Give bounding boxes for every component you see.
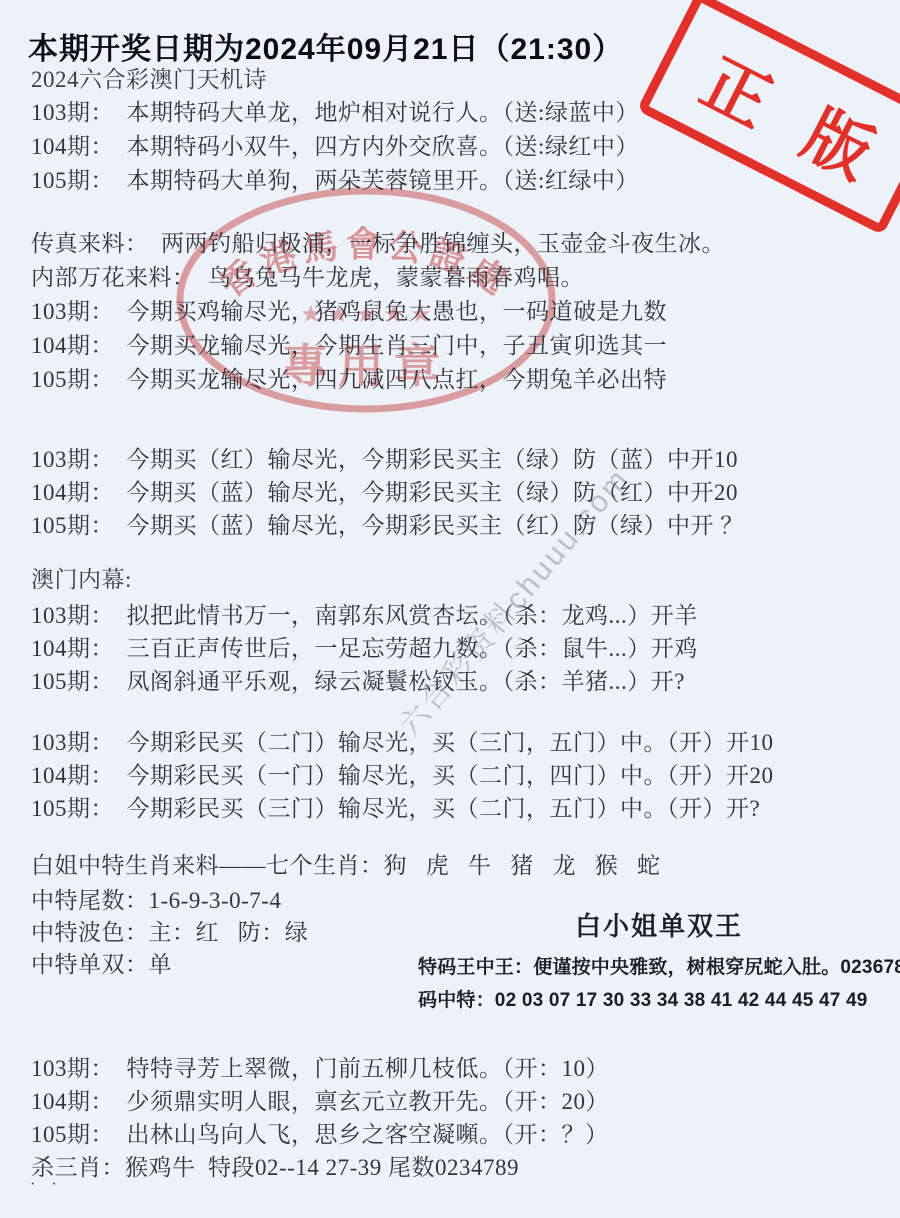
tianjishi-heading: 2024六合彩澳门天机诗 bbox=[31, 66, 267, 94]
zhengban-stamp: 正版 bbox=[637, 0, 900, 235]
secai-line-104: 104期： 今期买（蓝）输尽光，今期彩民买主（绿）防（红）中开20 bbox=[31, 479, 738, 507]
laoliao-line-104: 104期： 今期买龙输尽光，今期生肖三门中，子丑寅卯选其一 bbox=[31, 332, 667, 360]
tema-wangzhongwang-line: 特码王中王：便谨按中央雅致，树根穿尻蛇入肚。0236789 bbox=[418, 952, 900, 979]
laoliao-line-103: 103期： 今期买鸡输尽光，猪鸡鼠兔大愚也，一码道破是九数 bbox=[31, 298, 667, 326]
secai-line-103: 103期： 今期买（红）输尽光，今期彩民买主（绿）防（蓝）中开10 bbox=[31, 446, 738, 474]
tianjishi-line-103: 103期： 本期特码大单龙，地炉相对说行人。（送:绿蓝中） bbox=[31, 99, 639, 127]
neimu-line-105: 105期： 凤阁斜通平乐观，绿云凝鬟松钗玉。（杀：羊猪...）开? bbox=[31, 668, 685, 696]
footer-dots: · · bbox=[30, 1176, 63, 1194]
men-line-103: 103期： 今期彩民买（二门）输尽光，买（三门，五门）中。（开）开10 bbox=[31, 729, 774, 757]
baixiaojie-block: 白小姐单双王 特码王中王：便谨按中央雅致，树根穿尻蛇入肚。0236789 码中特… bbox=[418, 906, 900, 1012]
baixiaojie-heading: 白小姐单双王 bbox=[418, 906, 900, 943]
sha-sanxiao-line: 杀三肖：猴鸡牛 特段02--14 27-39 尾数0234789 bbox=[31, 1154, 519, 1182]
page-title: 本期开奖日期为2024年09月21日（21:30） bbox=[28, 24, 623, 68]
baijie-zodiac-line: 白姐中特生肖来料——七个生肖：狗 虎 牛 猪 龙 猴 蛇 bbox=[31, 852, 661, 880]
neimu-line-103: 103期： 拟把此情书万一，南郭东风赏杏坛。（杀：龙鸡...）开羊 bbox=[31, 602, 698, 630]
bottom-line-103: 103期： 特特寻芳上翠微，门前五柳几枝低。（开：10） bbox=[31, 1055, 609, 1083]
neibu-wanhua-line: 内部万花来料： 鸟乌兔马牛龙虎，蒙蒙暮雨春鸡唱。 bbox=[31, 264, 584, 292]
zhengban-stamp-label: 正版 bbox=[645, 8, 900, 218]
chuanzhen-line: 传真来料： 两两钓船归极浦，一标争胜锦缠头，玉壶金斗夜生冰。 bbox=[31, 230, 725, 258]
secai-line-105: 105期： 今期买（蓝）输尽光，今期彩民买主（红）防（绿）中开 ？ bbox=[31, 512, 744, 540]
laoliao-line-105: 105期： 今期买龙输尽光，四九减四八点扛，今期兔羊必出特 bbox=[31, 366, 667, 394]
baijie-bose-line: 中特波色：主：红 防：绿 bbox=[31, 919, 308, 947]
baijie-weishu-line: 中特尾数：1-6-9-3-0-7-4 bbox=[31, 887, 281, 915]
tianjishi-line-104: 104期： 本期特码小双牛，四方内外交欣喜。（送:绿红中） bbox=[31, 133, 639, 161]
mazhongte-line: 码中特：02 03 07 17 30 33 34 38 41 42 44 45 … bbox=[418, 985, 900, 1012]
men-line-105: 105期： 今期彩民买（三门）输尽光，买（二门，五门）中。（开）开? bbox=[31, 795, 760, 823]
neimu-line-104: 104期： 三百正声传世后，一足忘劳超九数。（杀：鼠牛...）开鸡 bbox=[31, 635, 698, 663]
men-line-104: 104期： 今期彩民买（一门）输尽光，买（二门，四门）中。（开）开20 bbox=[31, 762, 774, 790]
bottom-line-104: 104期： 少须鼎实明人眼，禀玄元立教开先。（开：20） bbox=[31, 1088, 609, 1116]
baijie-danshuang-line: 中特单双：单 bbox=[31, 951, 172, 979]
tianjishi-line-105: 105期： 本期特码大单狗，两朵芙蓉镜里开。（送:红绿中） bbox=[31, 167, 639, 195]
lottery-tip-sheet: 香港馬會公證處 ★ ★ ★ ★ ★ 專用章 六合彩资料chuuu.com 正版 … bbox=[0, 0, 900, 1218]
neimu-heading: 澳门内幕: bbox=[31, 566, 132, 594]
bottom-line-105: 105期： 出林山鸟向人飞，思乡之客空凝嚬。（开：？） bbox=[31, 1121, 609, 1149]
